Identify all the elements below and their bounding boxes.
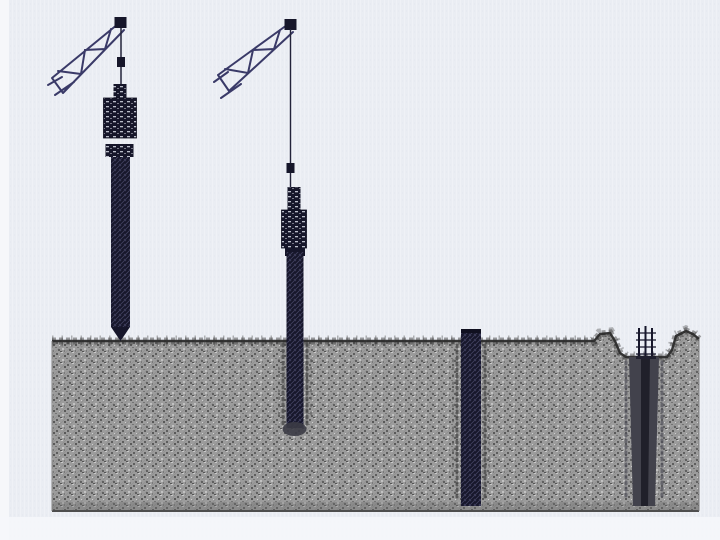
rebar-cage	[636, 326, 656, 359]
pile-toe-soil-blob	[283, 422, 307, 436]
driven-pile-head	[461, 329, 481, 333]
page-margin-left	[0, 0, 9, 540]
drop-hammer-body	[282, 210, 307, 248]
slide	[0, 0, 720, 540]
pile-drive-cap	[106, 144, 134, 157]
pile-driving-diagram	[0, 0, 720, 540]
rebar-base-band	[636, 356, 656, 359]
ground	[52, 331, 699, 512]
drop-hammer-body	[104, 98, 137, 138]
hammer-neck	[288, 187, 301, 210]
cable-weight	[287, 163, 295, 173]
driven-pile	[461, 329, 481, 506]
boom-pulley-block	[285, 19, 297, 30]
soil-mass	[52, 331, 699, 512]
hammer-neck	[114, 84, 127, 98]
precast-pile	[111, 157, 130, 327]
boom-pulley-block	[115, 17, 127, 28]
page-margin-bottom	[0, 517, 720, 540]
precast-pile-half-driven	[287, 252, 304, 428]
cable-weight	[117, 57, 125, 67]
